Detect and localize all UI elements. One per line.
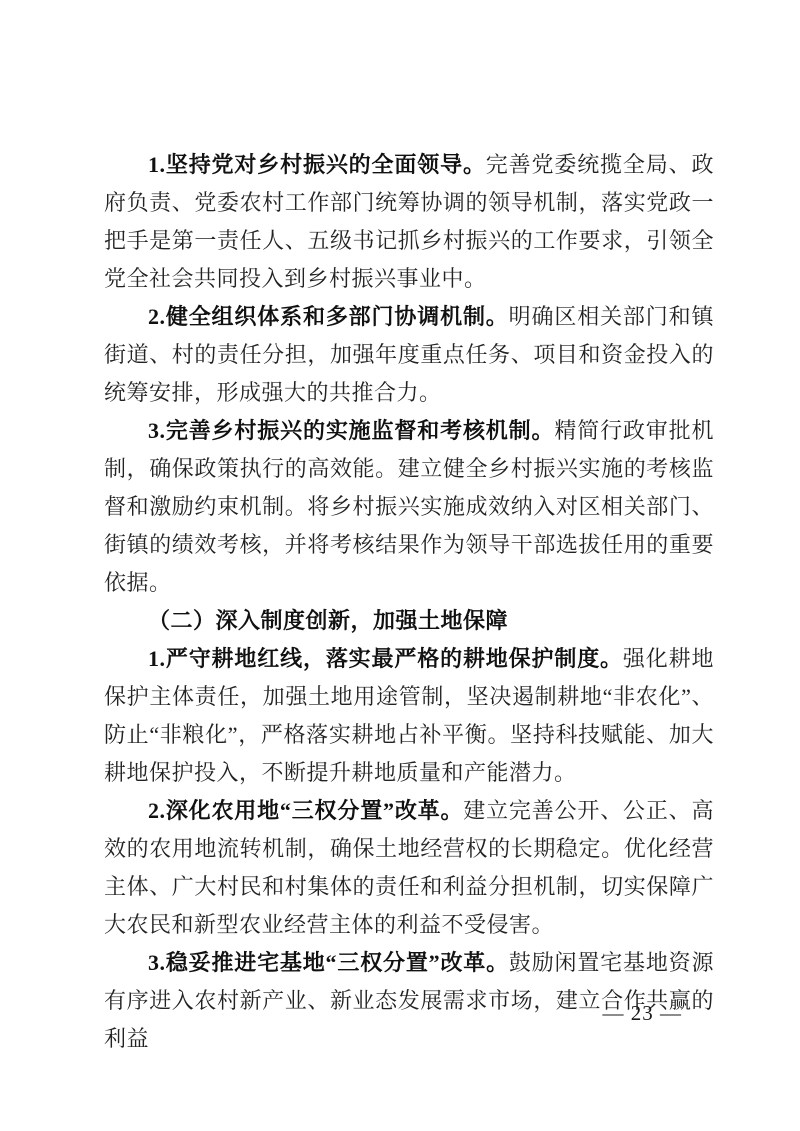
paragraph-lead: 2.健全组织体系和多部门协调机制。	[148, 304, 509, 329]
document-page: { "document": { "paragraphs": [ { "type"…	[0, 0, 800, 1131]
paragraph-lead: 1.坚持党对乡村振兴的全面领导。	[148, 152, 486, 177]
paragraph: 1.坚持党对乡村振兴的全面领导。完善党委统揽全局、政府负责、党委农村工作部门统筹…	[104, 146, 714, 298]
paragraph-lead: 3.稳妥推进宅基地“三权分置”改革。	[148, 950, 509, 975]
paragraph-lead: 2.深化农用地“三权分置”改革。	[148, 798, 463, 823]
paragraph-lead: 1.严守耕地红线，落实最严格的耕地保护制度。	[148, 646, 623, 671]
paragraph: 3.完善乡村振兴的实施监督和考核机制。精简行政审批机制，确保政策执行的高效能。建…	[104, 412, 714, 602]
page-number: — 23 —	[603, 1000, 683, 1026]
section-heading: （二）深入制度创新，加强土地保障	[104, 602, 714, 640]
paragraph-lead: 3.完善乡村振兴的实施监督和考核机制。	[148, 418, 554, 443]
text-block: 1.坚持党对乡村振兴的全面领导。完善党委统揽全局、政府负责、党委农村工作部门统筹…	[104, 146, 714, 1058]
paragraph-text: 精简行政审批机制，确保政策执行的高效能。建立健全乡村振兴实施的考核监督和激励约束…	[104, 418, 714, 595]
paragraph: 2.深化农用地“三权分置”改革。建立完善公开、公正、高效的农用地流转机制，确保土…	[104, 792, 714, 944]
paragraph: 1.严守耕地红线，落实最严格的耕地保护制度。强化耕地保护主体责任，加强土地用途管…	[104, 640, 714, 792]
paragraph: 2.健全组织体系和多部门协调机制。明确区相关部门和镇街道、村的责任分担，加强年度…	[104, 298, 714, 412]
